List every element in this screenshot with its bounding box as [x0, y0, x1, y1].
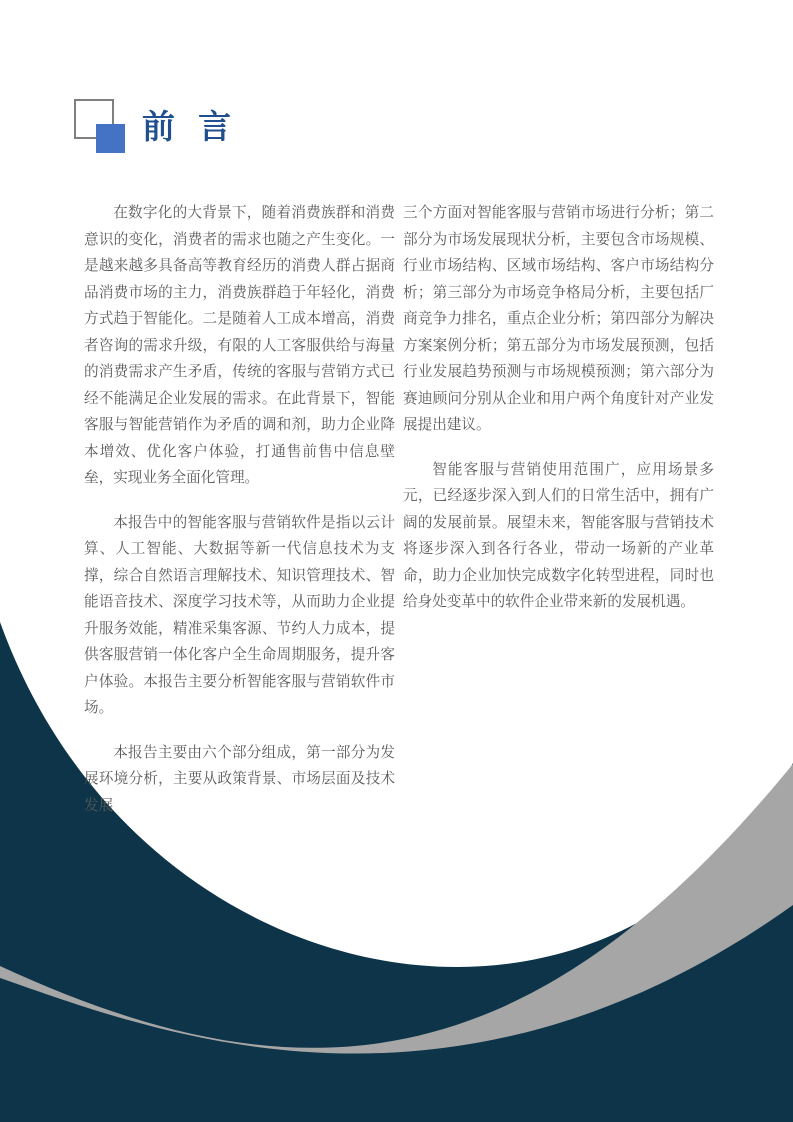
left-column: 在数字化的大背景下，随着消费族群和消费意识的变化，消费者的需求也随之产生变化。一… [84, 200, 395, 819]
paragraph-outlook: 智能客服与营销使用范围广，应用场景多元，已经逐步深入到人们的日常生活中，拥有广阔… [403, 457, 714, 616]
blue-square-decoration [96, 124, 125, 153]
preface-body: 在数字化的大背景下，随着消费族群和消费意识的变化，消费者的需求也随之产生变化。一… [84, 200, 714, 819]
report-preface-page: 前 言 在数字化的大背景下，随着消费族群和消费意识的变化，消费者的需求也随之产生… [0, 0, 793, 1122]
paragraph-intro: 在数字化的大背景下，随着消费族群和消费意识的变化，消费者的需求也随之产生变化。一… [84, 200, 395, 492]
page-title: 前 言 [142, 101, 233, 148]
right-column: 三个方面对智能客服与营销市场进行分析；第二部分为市场发展现状分析，主要包含市场规… [403, 200, 714, 819]
paragraph-structure-continued: 三个方面对智能客服与营销市场进行分析；第二部分为市场发展现状分析，主要包含市场规… [403, 200, 714, 439]
paragraph-structure-start: 本报告主要由六个部分组成，第一部分为发展环境分析，主要从政策背景、市场层面及技术… [84, 740, 395, 820]
paragraph-definition: 本报告中的智能客服与营销软件是指以云计算、人工智能、大数据等新一代信息技术为支撑… [84, 510, 395, 722]
